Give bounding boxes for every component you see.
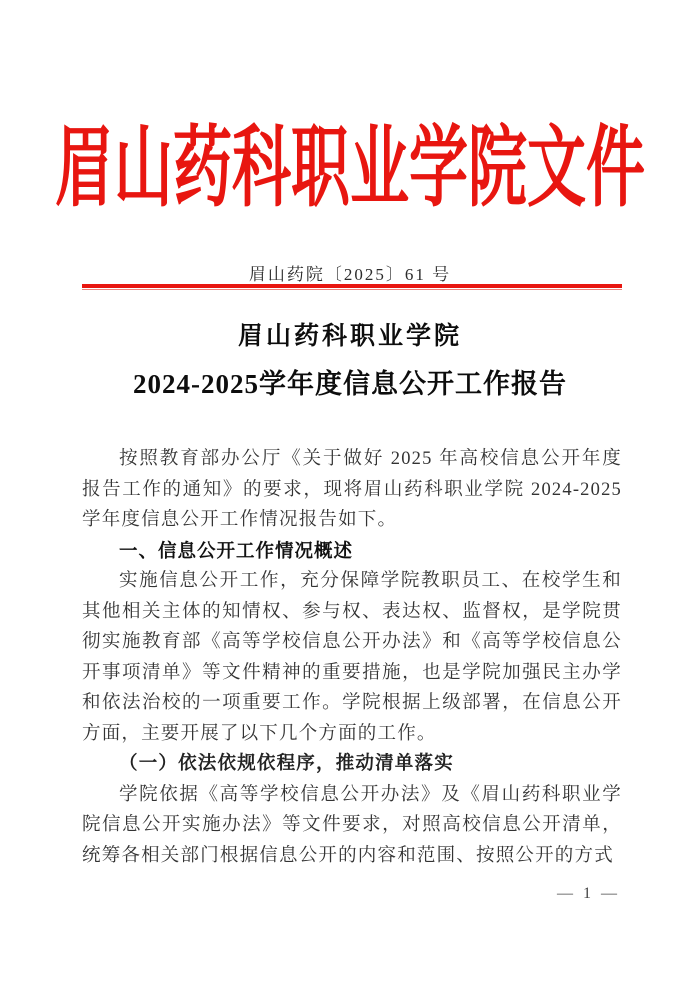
paragraph-implementation: 学院依据《高等学校信息公开办法》及《眉山药科职业学院信息公开实施办法》等文件要求…	[82, 780, 622, 872]
document-title-line2: 2024-2025学年度信息公开工作报告	[0, 368, 700, 400]
document-body: 按照教育部办公厅《关于做好 2025 年高校信息公开年度报告工作的通知》的要求，…	[82, 444, 622, 871]
letterhead-title: 眉山药科职业学院文件	[55, 124, 645, 213]
subsection-heading-1-1: （一）依法依规依程序，推动清单落实	[82, 749, 622, 780]
paragraph-overview: 实施信息公开工作，充分保障学院教职员工、在校学生和其他相关主体的知情权、参与权、…	[82, 566, 622, 749]
red-separator-rule-main	[82, 284, 622, 288]
section-heading-1: 一、信息公开工作情况概述	[82, 536, 622, 567]
document-number: 眉山药院〔2025〕61 号	[0, 260, 700, 285]
document-title: 眉山药科职业学院 2024-2025学年度信息公开工作报告	[0, 322, 700, 400]
red-separator-rule-shadow	[82, 289, 622, 290]
document-title-line1: 眉山药科职业学院	[0, 322, 700, 352]
page-number: — 1 —	[557, 885, 620, 903]
red-separator-rule	[82, 284, 622, 290]
official-document-page: 眉山药科职业学院文件 眉山药院〔2025〕61 号 眉山药科职业学院 2024-…	[0, 0, 700, 989]
paragraph-intro: 按照教育部办公厅《关于做好 2025 年高校信息公开年度报告工作的通知》的要求，…	[82, 444, 622, 536]
letterhead-banner: 眉山药科职业学院文件	[0, 120, 700, 216]
